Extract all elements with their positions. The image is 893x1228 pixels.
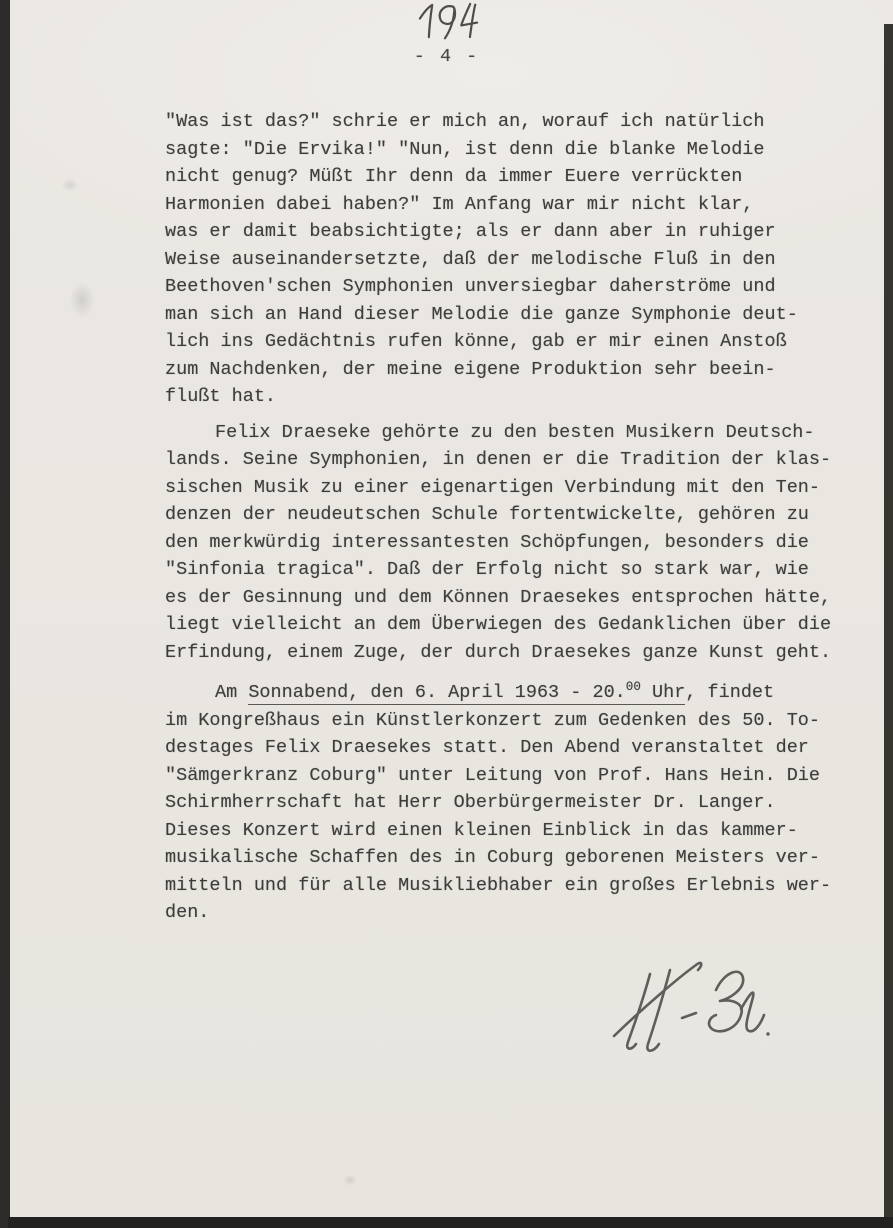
text-line: sagte: "Die Ervika!" "Nun, ist denn die … <box>165 136 825 164</box>
text-line: Beethoven'schen Symphonien unversiegbar … <box>165 273 825 301</box>
text-line: Erfindung, einem Zuge, der durch Draesek… <box>165 639 825 667</box>
text-line: denzen der neudeutschen Schule fortentwi… <box>165 501 825 529</box>
paragraph: "Was ist das?" schrie er mich an, worauf… <box>165 108 825 411</box>
text-line: mitteln und für alle Musikliebhaber ein … <box>165 872 825 900</box>
text-line: Am Sonnabend, den 6. April 1963 - 20.00 … <box>165 674 825 707</box>
text-line: "Sinfonia tragica". Daß der Erfolg nicht… <box>165 556 825 584</box>
underlined-date: Sonnabend, den 6. April 1963 - 20.00 Uhr <box>248 682 685 705</box>
text-line: es der Gesinnung und dem Können Draeseke… <box>165 584 825 612</box>
document-body: "Was ist das?" schrie er mich an, worauf… <box>165 108 825 933</box>
text-line: "Sämgerkranz Coburg" unter Leitung von P… <box>165 762 825 790</box>
text-line: flußt hat. <box>165 383 825 411</box>
paragraph: Am Sonnabend, den 6. April 1963 - 20.00 … <box>165 674 825 927</box>
text-line: liegt vielleicht an dem Überwiegen des G… <box>165 611 825 639</box>
text-line: "Was ist das?" schrie er mich an, worauf… <box>165 108 825 136</box>
text-line: den merkwürdig interessantesten Schöpfun… <box>165 529 825 557</box>
signature-scribble <box>598 956 773 1061</box>
signature-strokes <box>598 956 773 1061</box>
text-line: lich ins Gedächtnis rufen könne, gab er … <box>165 328 825 356</box>
text-line: Harmonien dabei haben?" Im Anfang war mi… <box>165 191 825 219</box>
page-number-header: - 4 - <box>0 46 893 67</box>
text-line: Schirmherrschaft hat Herr Oberbürgermeis… <box>165 789 825 817</box>
text-line: was er damit beabsichtigte; als er dann … <box>165 218 825 246</box>
text-line: den. <box>165 899 825 927</box>
scan-border-bottom <box>8 1217 893 1228</box>
text-line: lands. Seine Symphonien, in denen er die… <box>165 446 825 474</box>
text-line: nicht genug? Müßt Ihr denn da immer Euer… <box>165 163 825 191</box>
scan-border-left <box>0 0 10 1228</box>
handwritten-194-strokes <box>412 0 488 42</box>
text-line: destages Felix Draesekes statt. Den Aben… <box>165 734 825 762</box>
paragraph: Felix Draeseke gehörte zu den besten Mus… <box>165 419 825 667</box>
text-line: musikalische Schaffen des in Coburg gebo… <box>165 844 825 872</box>
scanned-page: - 4 - "Was ist das?" schrie er mich an, … <box>0 0 893 1228</box>
handwritten-page-number <box>412 0 488 42</box>
text-line: zum Nachdenken, der meine eigene Produkt… <box>165 356 825 384</box>
text-line: sischen Musik zu einer eigenartigen Verb… <box>165 474 825 502</box>
text-line: Dieses Konzert wird einen kleinen Einbli… <box>165 817 825 845</box>
text-line: Weise auseinandersetzte, daß der melodis… <box>165 246 825 274</box>
scan-border-right <box>884 24 893 1228</box>
text-line: man sich an Hand dieser Melodie die ganz… <box>165 301 825 329</box>
text-line: im Kongreßhaus ein Künstlerkonzert zum G… <box>165 707 825 735</box>
text-line: Felix Draeseke gehörte zu den besten Mus… <box>165 419 825 447</box>
